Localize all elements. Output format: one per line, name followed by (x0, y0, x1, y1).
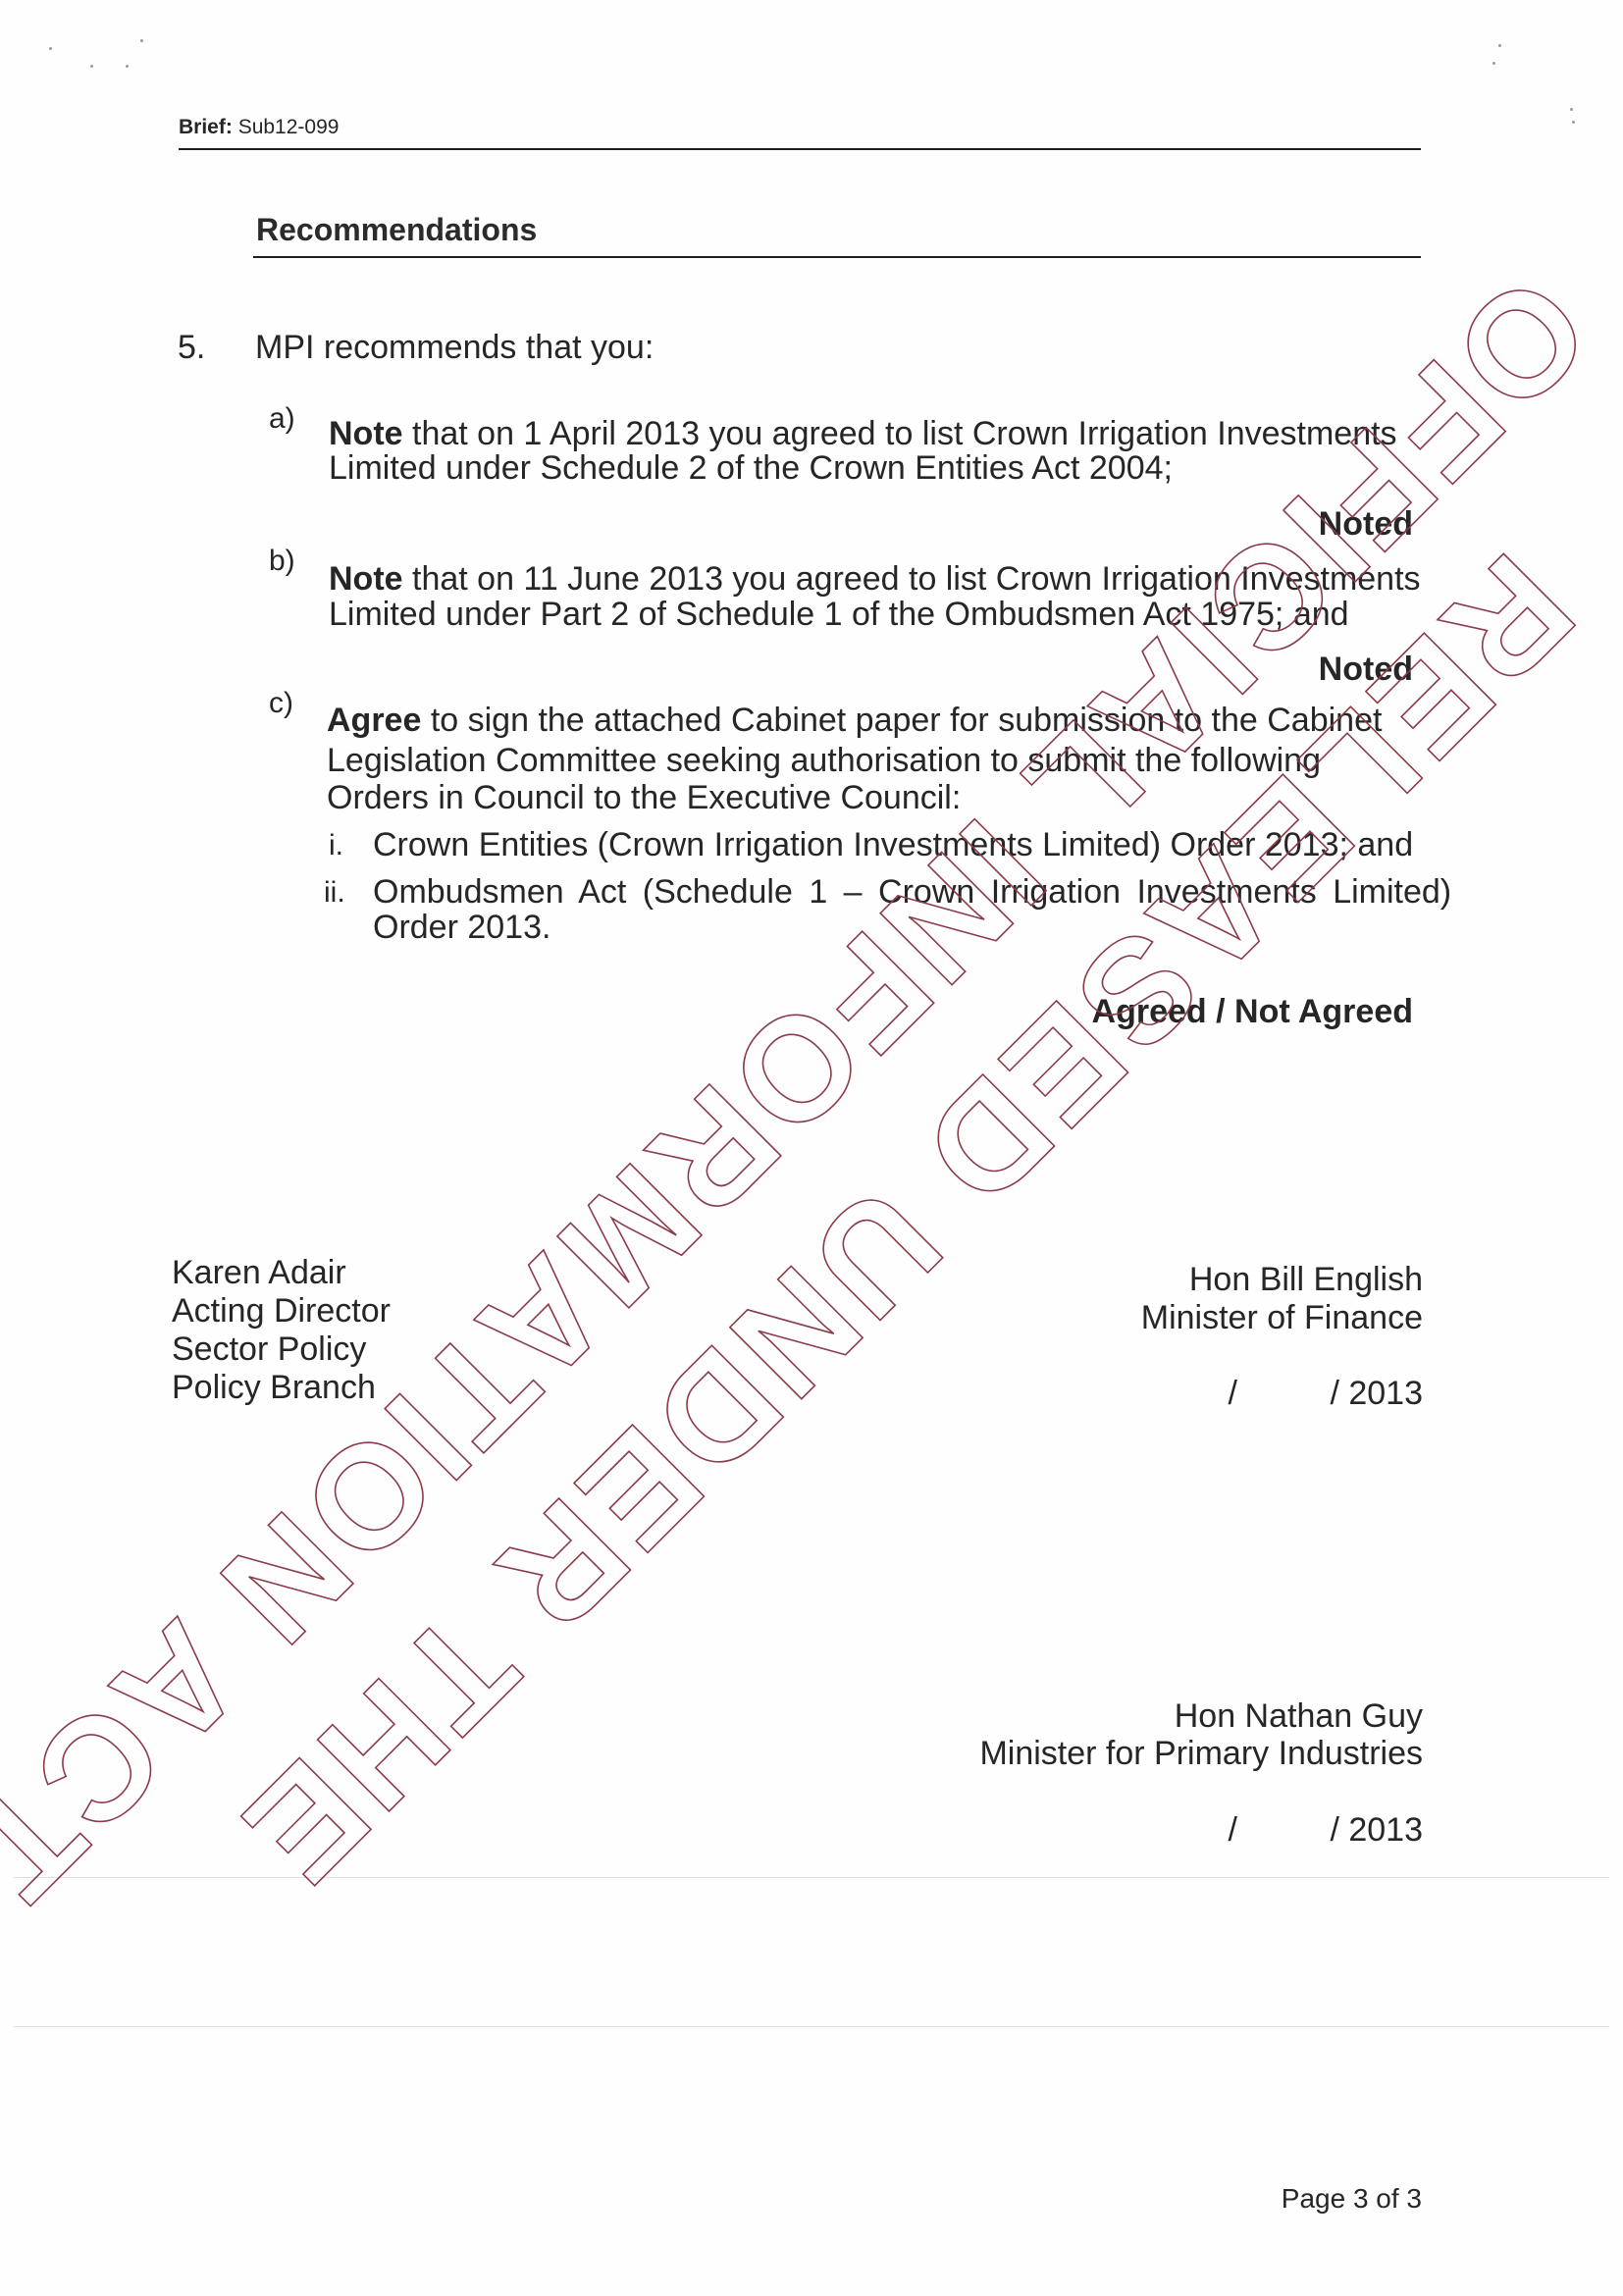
item-a-verb: Note (329, 415, 403, 452)
subitem-ii-line2: Order 2013. (373, 910, 550, 945)
official-unit: Sector Policy (172, 1331, 366, 1367)
item-c-verb: Agree (327, 702, 421, 739)
subitem-i-label: i. (329, 829, 343, 862)
item-c-response: Agreed / Not Agreed (1092, 994, 1413, 1029)
page-number: Page 3 of 3 (1282, 2183, 1422, 2215)
watermark-line2: OFFICIAL INFORMATION ACT (0, 245, 1620, 1934)
scan-speck (1570, 108, 1573, 111)
item-a-line2: Limited under Schedule 2 of the Crown En… (329, 450, 1173, 486)
item-c-line1: Agree to sign the attached Cabinet paper… (327, 703, 1382, 738)
recommendation-intro: MPI recommends that you: (255, 330, 654, 365)
item-b-verb: Note (329, 560, 403, 598)
subitem-ii-line1: Ombudsmen Act (Schedule 1 – Crown Irriga… (373, 874, 1451, 910)
item-b-line1: Note that on 11 June 2013 you agreed to … (329, 561, 1421, 597)
brief-label: Brief: (179, 116, 233, 138)
scan-speck (1572, 121, 1575, 124)
header-rule (179, 148, 1421, 150)
item-b-label: b) (269, 545, 295, 578)
section-rule (253, 256, 1421, 258)
scan-speck (49, 47, 52, 50)
subitem-ii-label: ii. (324, 876, 345, 910)
item-c-line3: Orders in Council to the Executive Counc… (327, 780, 961, 815)
released-under-oia-watermark: RELEASED UNDER THE OFFICIAL INFORMATION … (0, 0, 1623, 2296)
item-a-response: Noted (1319, 506, 1413, 542)
official-name: Karen Adair (172, 1255, 346, 1290)
item-a-label: a) (269, 402, 295, 436)
scan-speck (126, 65, 129, 68)
scan-speck (1498, 44, 1501, 47)
scan-artifact-line (14, 1877, 1609, 1878)
section-title: Recommendations (256, 212, 537, 248)
primary-minister-title: Minister for Primary Industries (979, 1736, 1423, 1771)
scan-artifact-line (14, 2026, 1609, 2027)
scan-speck (1492, 62, 1495, 65)
finance-minister-title: Minister of Finance (1141, 1300, 1423, 1335)
scan-speck (140, 39, 143, 42)
official-branch: Policy Branch (172, 1370, 376, 1405)
item-b-response: Noted (1319, 652, 1413, 687)
finance-minister-name: Hon Bill English (1189, 1262, 1423, 1297)
item-c-label: c) (269, 687, 293, 720)
item-a-line1: Note that on 1 April 2013 you agreed to … (329, 416, 1397, 451)
finance-minister-date: / / 2013 (1229, 1376, 1423, 1411)
item-c-line2: Legislation Committee seeking authorisat… (327, 743, 1321, 778)
item-b-line2: Limited under Part 2 of Schedule 1 of th… (329, 597, 1349, 632)
brief-header: Brief: Sub12-099 (179, 116, 339, 139)
primary-minister-name: Hon Nathan Guy (1175, 1698, 1423, 1734)
primary-minister-date: / / 2013 (1229, 1812, 1423, 1848)
brief-id: Sub12-099 (238, 116, 340, 138)
scan-speck (90, 65, 93, 68)
official-title: Acting Director (172, 1293, 391, 1329)
recommendation-number: 5. (178, 330, 205, 365)
subitem-i-text: Crown Entities (Crown Irrigation Investm… (373, 827, 1413, 862)
